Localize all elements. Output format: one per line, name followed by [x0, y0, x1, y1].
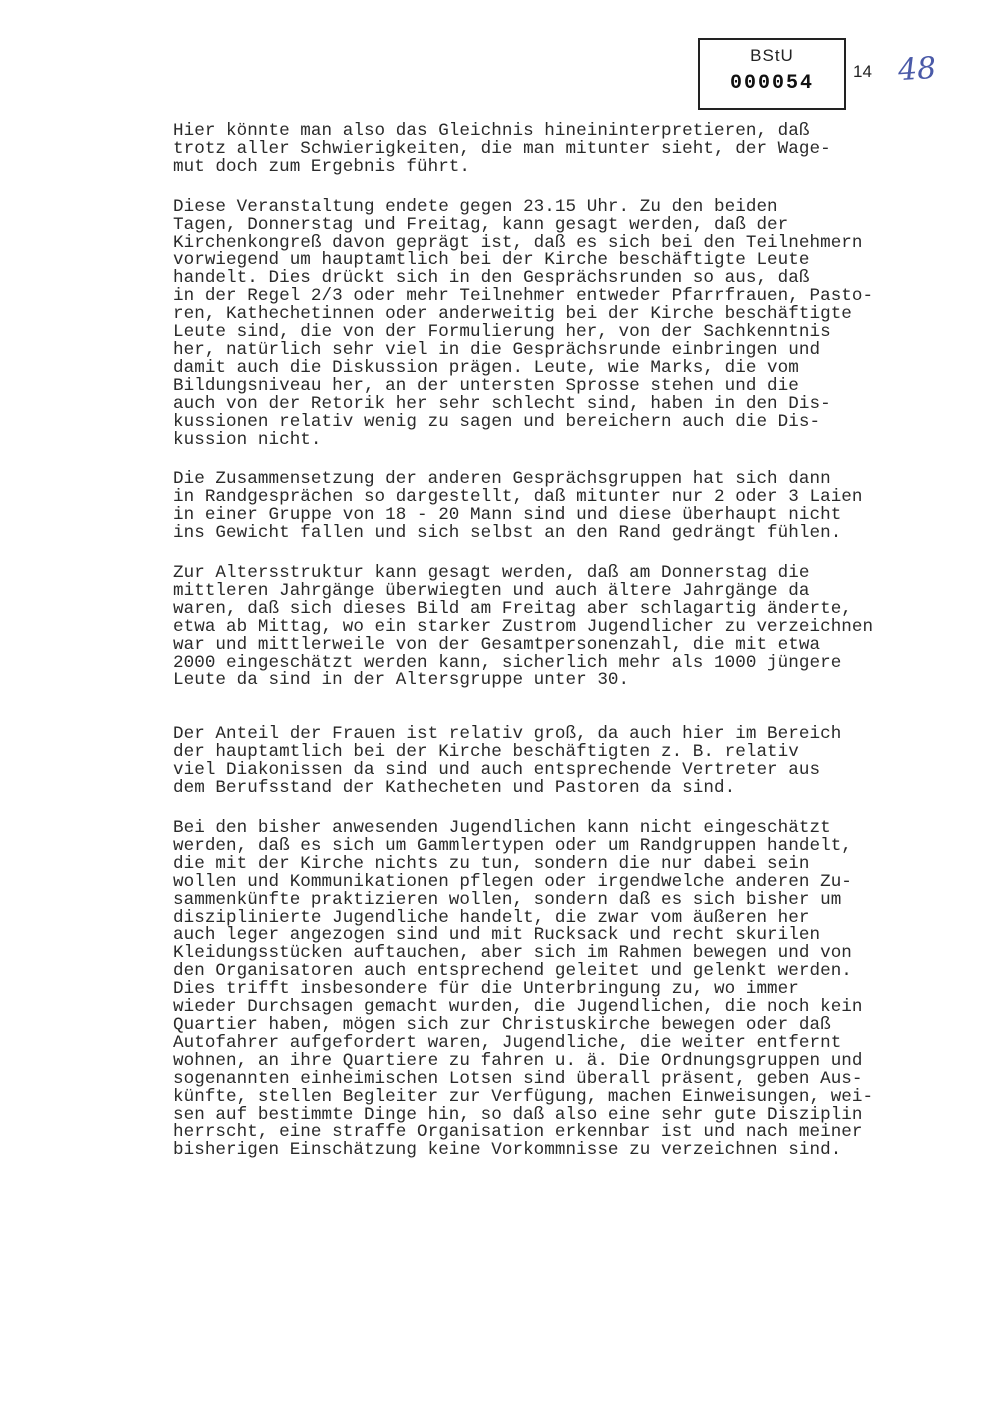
text-line: ins Gewicht fallen und sich selbst an de…	[173, 525, 993, 543]
stamp-org: BStU	[700, 46, 844, 66]
document-body: Hier könnte man also das Gleichnis hinei…	[173, 123, 993, 1182]
text-line: wohnen, an ihre Quartiere zu fahren u. ä…	[173, 1053, 993, 1071]
paragraph: Der Anteil der Frauen ist relativ groß, …	[173, 726, 993, 798]
paragraph: Hier könnte man also das Gleichnis hinei…	[173, 123, 993, 177]
text-line: kussionen relativ wenig zu sagen und ber…	[173, 414, 993, 432]
text-line: war und mittlerweile von der Gesamtperso…	[173, 637, 993, 655]
text-line: etwa ab Mittag, wo ein starker Zustrom J…	[173, 619, 993, 637]
paragraph: Bei den bisher anwesenden Jugendlichen k…	[173, 820, 993, 1160]
page-number: 14	[853, 62, 872, 82]
text-line: bisherigen Einschätzung keine Vorkommnis…	[173, 1142, 993, 1160]
text-line: Tagen, Donnerstag und Freitag, kann gesa…	[173, 217, 993, 235]
text-line: wollen und Kommunikationen pflegen oder …	[173, 874, 993, 892]
text-line: sammenkünfte praktizieren wollen, sonder…	[173, 892, 993, 910]
text-line: kussion nicht.	[173, 432, 993, 450]
text-line: Bildungsniveau her, an der untersten Spr…	[173, 378, 993, 396]
text-line: Diese Veranstaltung endete gegen 23.15 U…	[173, 199, 993, 217]
handwritten-page-number: 48	[897, 51, 938, 89]
text-line: dem Berufsstand der Kathecheten und Past…	[173, 780, 993, 798]
text-line: künfte, stellen Begleiter zur Verfügung,…	[173, 1089, 993, 1107]
stamp-number: 000054	[700, 72, 844, 95]
paragraph: Zur Altersstruktur kann gesagt werden, d…	[173, 565, 993, 690]
text-line: sogenannten einheimischen Lotsen sind üb…	[173, 1071, 993, 1089]
text-line: Leute da sind in der Altersgruppe unter …	[173, 672, 993, 690]
text-line: auch von der Retorik her sehr schlecht s…	[173, 396, 993, 414]
paragraph: Diese Veranstaltung endete gegen 23.15 U…	[173, 199, 993, 450]
paragraph: Die Zusammensetzung der anderen Gespräch…	[173, 471, 993, 543]
text-line: mut doch zum Ergebnis führt.	[173, 159, 993, 177]
archive-stamp: BStU 000054	[698, 38, 846, 110]
